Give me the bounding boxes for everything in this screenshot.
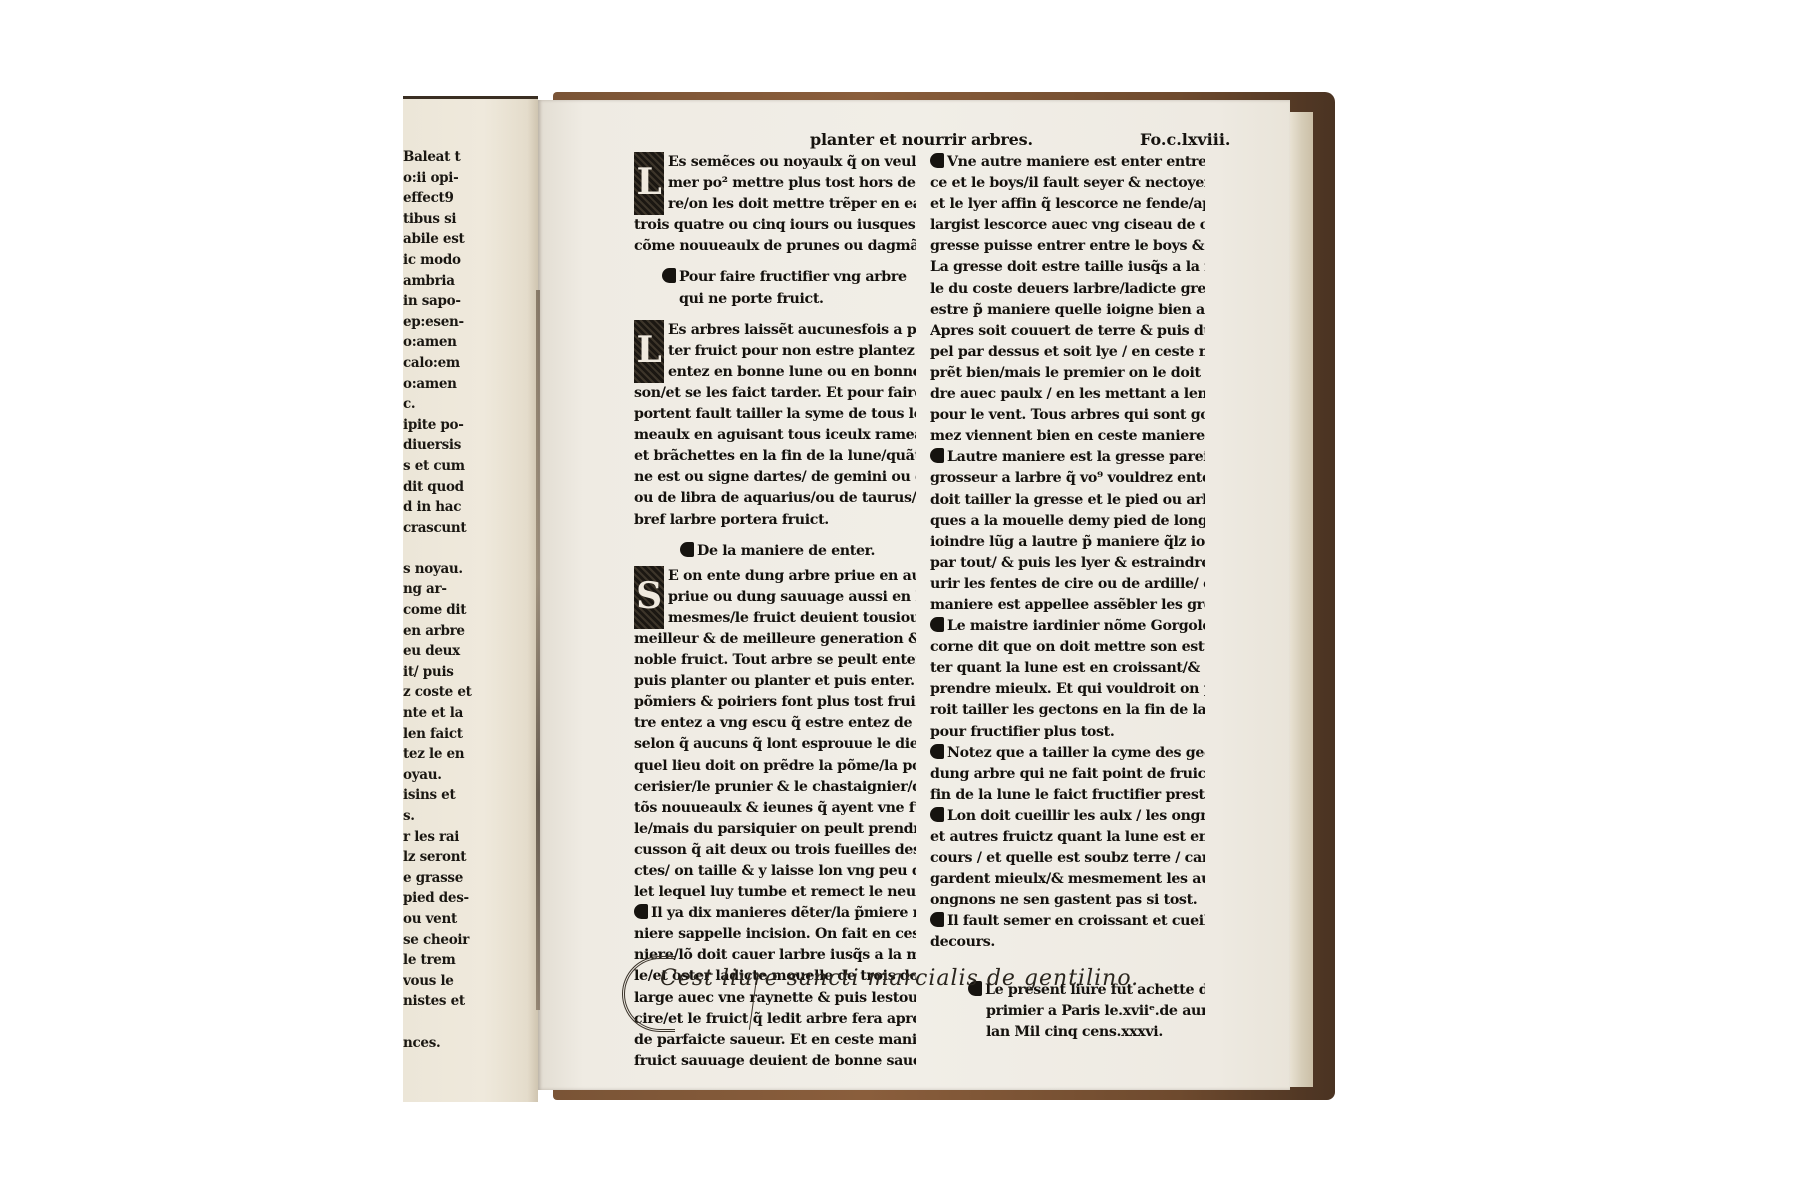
handwritten-ownership-inscription: Cest liure sancti marcialis de gentilino… (660, 966, 1139, 991)
fragment-line: ep:esen- (403, 312, 473, 333)
text-line: põmiers & poiriers font plus tost fruict… (634, 692, 916, 713)
text-line: pel par dessus et soit lye / en ceste ma… (930, 342, 1205, 363)
fragment-line: lz seront (403, 847, 473, 868)
text-line: par tout/ & puis les lyer & estraindre e… (930, 553, 1205, 574)
text-line: dung arbre qui ne fait point de fruict e… (930, 764, 1205, 785)
fragment-line: d in hac (403, 497, 473, 518)
text-line: ne est ou signe dartes/ de gemini ou de … (634, 467, 916, 488)
fragment-line: eu deux (403, 641, 473, 662)
paragraph-seeds: L Es semẽces ou noyaulx q̃ on veult se m… (634, 152, 916, 257)
text-line: let lequel luy tumbe et remect le neuf. (634, 882, 916, 903)
text-line: cours / et quelle est soubz terre / car … (930, 848, 1205, 869)
decorated-initial-s: S (634, 566, 664, 629)
text-column-left: L Es semẽces ou noyaulx q̃ on veult se m… (634, 152, 916, 1072)
text-line: grosseur a larbre q̃ vo⁹ vouldrez enter.… (930, 468, 1205, 489)
text-line: mer po² mettre plus tost hors de ter- (634, 173, 916, 194)
pilcrow-icon (930, 617, 944, 632)
text-line: E on ente dung arbre priue en autre (634, 566, 916, 587)
paragraph-sowing: Il fault semer en croissant et cueillir … (930, 911, 1205, 953)
text-line: son/et se les faict tarder. Et pour fair… (634, 383, 916, 404)
text-line: dre auec paulx / en les mettant a lentou… (930, 384, 1205, 405)
fragment-line: z coste et (403, 682, 473, 703)
fragment-line: s et cum (403, 456, 473, 477)
fragment-line: tibus si (403, 209, 473, 230)
text-column-right: Vne autre maniere est enter entre lescor… (930, 152, 1205, 1043)
text-line: quel lieu doit on prẽdre la põme/la poir… (634, 756, 916, 777)
open-book: Baleat to:ii opi-effect9tibus siabile es… (0, 0, 1800, 1200)
text-line: fin de la lune le faict fructifier prest… (930, 785, 1205, 806)
paragraph-trees: L Es arbres laissẽt aucunesfois a por te… (634, 320, 916, 531)
decorated-initial-l: L (634, 152, 664, 215)
text-line: fruict sauuage deuient de bonne saueur. (634, 1051, 916, 1072)
text-line: estre p̃ maniere quelle ioigne bien a la… (930, 300, 1205, 321)
left-page-text: Baleat to:ii opi-effect9tibus siabile es… (403, 147, 473, 1053)
fragment-line: s. (403, 806, 473, 827)
text-line: Le maistre iardinier nõme Gorgole de (947, 618, 1205, 634)
fragment-line: nte et la (403, 703, 473, 724)
text-line: niere/lõ doit cauer larbre iusq̃s a la m… (634, 945, 916, 966)
pilcrow-icon (680, 542, 694, 557)
text-line: et le lyer affin q̃ lescorce ne fende/ap… (930, 194, 1205, 215)
text-line: prendre mieulx. Et qui vouldroit on pour… (930, 679, 1205, 700)
text-line: Es semẽces ou noyaulx q̃ on veult se (634, 152, 916, 173)
fragment-line: e grasse (403, 868, 473, 889)
text-line: puis planter ou planter et puis enter. L… (634, 671, 916, 692)
heading-text: qui ne porte fruict. (662, 289, 916, 310)
paragraph-garlic-onions: Lon doit cueillir les aulx / les ongnons… (930, 806, 1205, 911)
text-line: ce et le boys/il fault seyer & nectoyer … (930, 173, 1205, 194)
pilcrow-icon (930, 744, 944, 759)
text-line: primier a Paris le.xviiᵉ.de auril (968, 1001, 1205, 1022)
fragment-line: ng ar- (403, 579, 473, 600)
fragment-line: le trem (403, 950, 473, 971)
text-line: niere sappelle incision. On fait en cest… (634, 924, 916, 945)
text-line: doit tailler la gresse et le pied ou arb… (930, 490, 1205, 511)
pilcrow-icon (930, 807, 944, 822)
fragment-line: in sapo- (403, 291, 473, 312)
text-line: pour fructifier plus tost. (930, 722, 1205, 743)
text-line: lan Mil cinq cens.xxxvi. (968, 1022, 1205, 1043)
text-line: mesmes/le fruict deuient tousiours (634, 608, 916, 629)
fragment-line: effect9 (403, 188, 473, 209)
fragment-line: abile est (403, 229, 473, 250)
text-line: Es arbres laissẽt aucunesfois a por (634, 320, 916, 341)
fragment-line: ic modo (403, 250, 473, 271)
text-line: gardent mieulx/& mesmement les aulx et (930, 869, 1205, 890)
fragment-line: Baleat t (403, 147, 473, 168)
section-heading-enter: De la maniere de enter. (634, 541, 916, 562)
fragment-line: nistes et (403, 991, 473, 1012)
paragraph-other-manner: Lautre maniere est la gresse pareil de g… (930, 447, 1205, 616)
text-line: Lon doit cueillir les aulx / les ongnons (947, 808, 1205, 824)
text-line: et autres fruictz quant la lune est en d… (930, 827, 1205, 848)
fragment-line: ou vent (403, 909, 473, 930)
fragment-line: isins et (403, 785, 473, 806)
left-page-fragment: Baleat to:ii opi-effect9tibus siabile es… (403, 96, 538, 1102)
folio-number: Fo.c.lxviii. (1140, 130, 1230, 149)
running-head: planter et nourrir arbres. (810, 130, 1033, 149)
fragment-line: diuersis (403, 435, 473, 456)
fragment-line: nces. (403, 1033, 473, 1054)
text-line: largist lescorce auec vng ciseau de os t… (930, 215, 1205, 236)
paragraph-master-gardener: Le maistre iardinier nõme Gorgole de cor… (930, 616, 1205, 743)
text-line: cire/et le fruict q̃ ledit arbre fera ap… (634, 1009, 916, 1030)
section-heading-fructifier: Pour faire fructifier vng arbre qui ne p… (634, 267, 916, 309)
text-line: noble fruict. Tout arbre se peult enter … (634, 650, 916, 671)
text-line: portent fault tailler la syme de tous le… (634, 404, 916, 425)
fragment-line: tez le en (403, 744, 473, 765)
text-line: prẽt bien/mais le premier on le doit def… (930, 363, 1205, 384)
fragment-line: come dit (403, 600, 473, 621)
text-line: ter quant la lune est en croissant/& ces… (930, 658, 1205, 679)
text-line: le du coste deuers larbre/ladicte gresse… (930, 279, 1205, 300)
fragment-line: len faict (403, 724, 473, 745)
text-line: roit tailler les gectons en la fin de la… (930, 700, 1205, 721)
fragment-line: crascunt (403, 518, 473, 539)
pilcrow-icon (930, 448, 944, 463)
pilcrow-icon (662, 268, 676, 283)
text-line: ctes/ on taille & y laisse lon vng peu d… (634, 861, 916, 882)
text-line: ques a la mouelle demy pied de long et l… (930, 511, 1205, 532)
text-line: Vne autre maniere est enter entre lescor (947, 154, 1205, 170)
text-line: urir les fentes de cire ou de ardille/ e… (930, 574, 1205, 595)
text-line: pour le vent. Tous arbres qui sont gom- (930, 405, 1205, 426)
fragment-line: oyau. (403, 765, 473, 786)
text-line: maniere est appellee assẽbler les gresse… (930, 595, 1205, 616)
text-line: et brãchettes en la fin de la lune/quãt … (634, 446, 916, 467)
text-line: Il ya dix manieres dẽter/la p̃miere ma (651, 905, 916, 921)
text-line: cusson q̃ ait deux ou trois fueilles des… (634, 840, 916, 861)
fragment-line: calo:em (403, 353, 473, 374)
fragment-line: o:ii opi- (403, 168, 473, 189)
fragment-line: ipite po- (403, 415, 473, 436)
text-line: selon q̃ aucuns q̃ lont esprouue le dien… (634, 734, 916, 755)
text-line: bref larbre portera fruict. (634, 510, 916, 531)
paragraph-notez: Notez que a tailler la cyme des gectons … (930, 743, 1205, 806)
fragment-line: c. (403, 394, 473, 415)
fragment-line: en arbre (403, 621, 473, 642)
fragment-line: pied des- (403, 888, 473, 909)
heading-text: De la maniere de enter. (697, 543, 875, 559)
text-line: ioindre lũg a lautre p̃ maniere q̃lz ioi… (930, 532, 1205, 553)
text-line: de parfaicte saueur. Et en ceste maniere… (634, 1030, 916, 1051)
text-line: tõs nouueaulx & ieunes q̃ ayent vne fuei… (634, 798, 916, 819)
fragment-line: se cheoir (403, 930, 473, 951)
text-line: cõme nouueaulx de prunes ou dagmãdes. (634, 236, 916, 257)
text-line: priue ou dung sauuage aussi en luy (634, 587, 916, 608)
text-line: meilleur & de meilleure generation & plu… (634, 629, 916, 650)
text-line: trois quatre ou cinq iours ou iusques a … (634, 215, 916, 236)
text-line: cerisier/le prunier & le chastaignier/de… (634, 777, 916, 798)
fragment-line: vous le (403, 971, 473, 992)
fragment-line: dit quod (403, 477, 473, 498)
fragment-line: r les rai (403, 827, 473, 848)
text-line: tre entez a vng escu q̃ estre entez de g… (634, 713, 916, 734)
text-line: corne dit que on doit mettre son estude … (930, 637, 1205, 658)
text-line: gresse puisse entrer entre le boys & les… (930, 236, 1205, 257)
text-line: La gresse doit estre taille iusq̃s a la … (930, 257, 1205, 278)
text-line: re/on les doit mettre trẽper en eaue (634, 194, 916, 215)
pilcrow-icon (634, 904, 648, 919)
text-line: decours. (930, 932, 1205, 953)
gutter-tear (536, 290, 540, 1010)
text-line: Apres soit couuert de terre & puis dũg d… (930, 321, 1205, 342)
paragraph-bark-grafting: Vne autre maniere est enter entre lescor… (930, 152, 1205, 447)
text-line: ongnons ne sen gastent pas si tost. (930, 890, 1205, 911)
text-line: mez viennent bien en ceste maniere. (930, 426, 1205, 447)
heading-text: Pour faire fructifier vng arbre (679, 269, 907, 285)
fragment-line: o:amen (403, 332, 473, 353)
fragment-line: s noyau. (403, 559, 473, 580)
pilcrow-icon (930, 153, 944, 168)
text-line: meaulx en aguisant tous iceulx rameaulx (634, 425, 916, 446)
paragraph-grafting: S E on ente dung arbre priue en autre pr… (634, 566, 916, 904)
decorated-initial-l: L (634, 320, 664, 383)
text-line: ou de libra de aquarius/ou de taurus/et … (634, 488, 916, 509)
text-line: entez en bonne lune ou en bonne sai- (634, 362, 916, 383)
fragment-line (403, 1012, 473, 1033)
pilcrow-icon (930, 912, 944, 927)
text-line: Notez que a tailler la cyme des gectons (947, 745, 1205, 761)
fragment-line: ambria (403, 271, 473, 292)
fragment-line: o:amen (403, 374, 473, 395)
text-line: ter fruict pour non estre plantez ou (634, 341, 916, 362)
fragment-line: it/ puis (403, 662, 473, 683)
text-line: Il fault semer en croissant et cueillir … (947, 913, 1205, 929)
text-line: le/mais du parsiquier on peult prendre l… (634, 819, 916, 840)
fragment-line (403, 538, 473, 559)
text-line: Lautre maniere est la gresse pareil de (947, 449, 1205, 465)
